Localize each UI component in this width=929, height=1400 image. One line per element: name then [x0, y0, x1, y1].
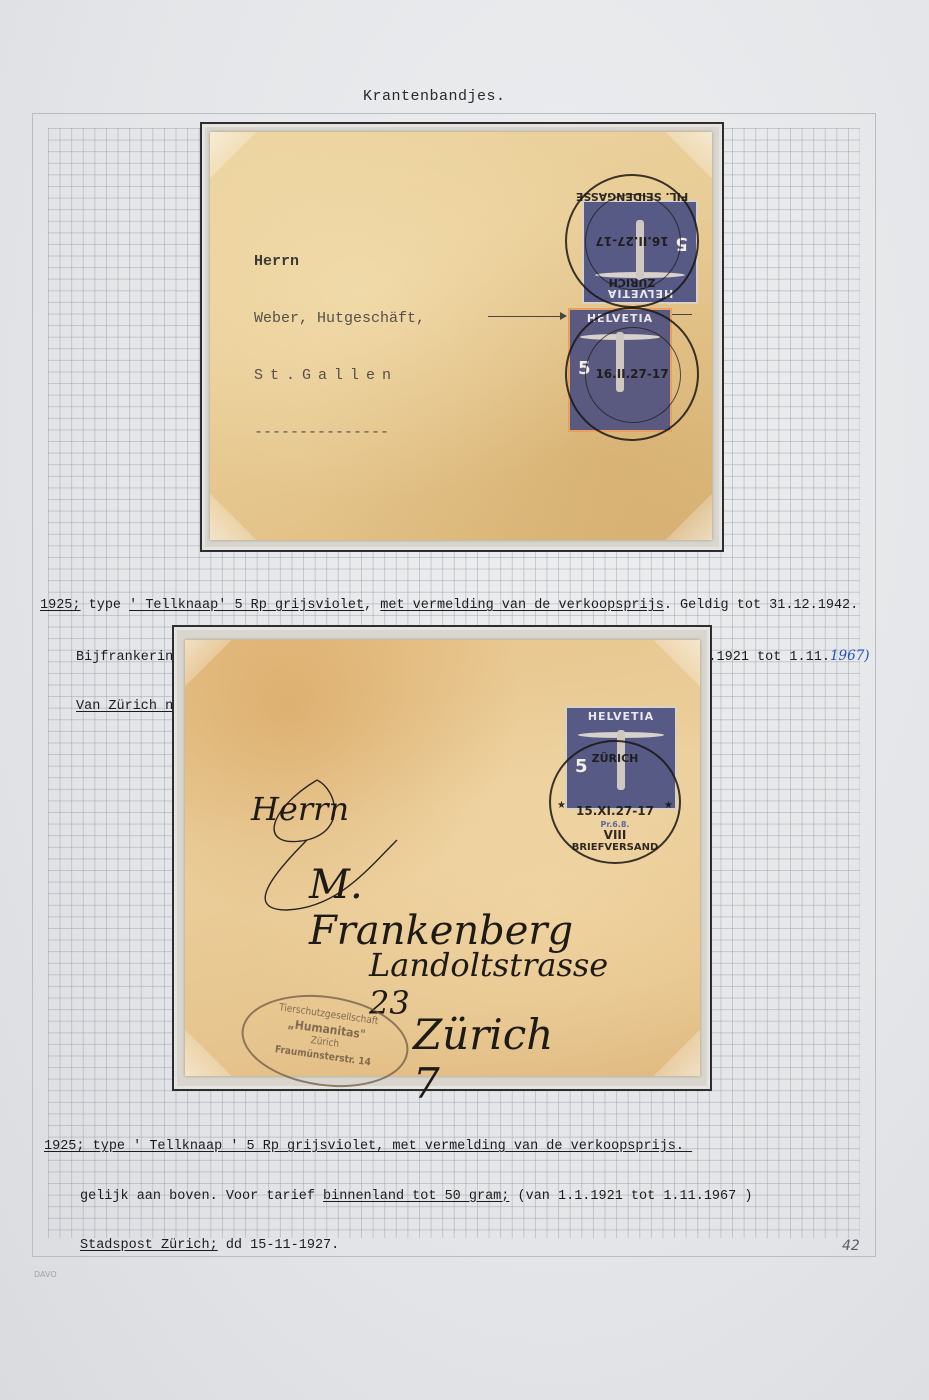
address-line: Zürich 7 [413, 1010, 553, 1108]
postmark-date: 16.II.27-17 [567, 234, 697, 248]
mount-corner [654, 1030, 700, 1076]
caption-text: .1921 tot 1.11. [708, 650, 830, 665]
caption-text: Stadspost Zürich; [80, 1238, 218, 1253]
caption-text: . Geldig tot 31.12.1942. [664, 598, 858, 613]
page-title: Krantenbandjes. [363, 88, 506, 105]
address-line: Weber, Hutgeschäft, [254, 309, 425, 328]
postmark-top: ZÜRICH [551, 752, 679, 765]
postmark-bottom: BRIEFVERSAND [551, 842, 679, 853]
mount-corner [185, 1030, 231, 1076]
page-number: 42 [842, 1238, 860, 1254]
postmark-top: FIL. SEIDENGASSE [567, 190, 697, 203]
postmark: ZÜRICH ★ ★ 15.XI.27-17 Pr.6.8. VIII BRIE… [549, 740, 681, 864]
arrow-right-icon [488, 316, 564, 317]
caption-text: type [81, 598, 130, 613]
caption-text: met vermelding van de verkoopsprijs [380, 598, 664, 613]
caption-text: , [364, 598, 380, 613]
caption-text: binnenland tot 50 gram; [323, 1189, 509, 1204]
mount-corner [210, 494, 256, 540]
postmark-sector: VIII [551, 828, 679, 842]
caption-line: 1925; type ' Tellknaap ' 5 Rp grijsviole… [44, 1139, 752, 1156]
album-page: Krantenbandjes. Herrn Weber, Hutgeschäft… [0, 0, 929, 1400]
caption-text: (van 1.1.1921 tot 1.11.1967 ) [509, 1189, 752, 1204]
postmark-date: 16.II.27-17 [567, 367, 697, 381]
caption-text: ' Tellknaap' 5 Rp grijsviolet [129, 598, 364, 613]
caption-text: dd 15-11-1927. [218, 1238, 340, 1253]
mount-corner [185, 640, 231, 686]
caption-year: 1925; [40, 598, 81, 613]
caption-line: Stadspost Zürich; dd 15-11-1927. [44, 1238, 752, 1255]
mount-corner [666, 132, 712, 178]
mount-corner [654, 640, 700, 686]
newspaper-wrapper-2: HELVETIA 5 ZÜRICH ★ ★ 15.XI.27-17 Pr.6.8… [185, 640, 700, 1076]
caption-line: 1925; type ' Tellknaap' 5 Rp grijsviolet… [40, 598, 870, 615]
album-imprint: DAVO [34, 1270, 57, 1279]
mount-corner [666, 494, 712, 540]
postmark: 16.II.27-17 [565, 307, 699, 441]
caption-year: 1925; [44, 1139, 85, 1154]
mount-corner [210, 132, 256, 178]
caption-2: 1925; type ' Tellknaap ' 5 Rp grijsviole… [44, 1106, 752, 1288]
address-line: St.Gallen [254, 366, 425, 385]
handwritten-correction: 1967) [830, 648, 870, 664]
postmark-date: 15.XI.27-17 [551, 804, 679, 818]
postmark: FIL. SEIDENGASSE 16.II.27-17 ZÜRICH [565, 174, 699, 308]
typed-address: Herrn Weber, Hutgeschäft, St.Gallen ----… [254, 214, 425, 480]
caption-text: type ' Tellknaap ' 5 Rp grijsviolet, met… [85, 1139, 693, 1154]
stamp-country: HELVETIA [567, 708, 675, 723]
address-line: Herrn [254, 252, 425, 271]
caption-line: gelijk aan boven. Voor tarief binnenland… [44, 1189, 752, 1206]
address-line: M. Frankenberg [309, 862, 573, 954]
postmark-bottom: ZÜRICH [567, 276, 697, 289]
newspaper-wrapper-1: Herrn Weber, Hutgeschäft, St.Gallen ----… [210, 132, 712, 540]
address-underline: --------------- [254, 423, 425, 442]
address-line: Herrn [251, 790, 349, 828]
caption-text: gelijk aan boven. Voor tarief [80, 1189, 323, 1204]
